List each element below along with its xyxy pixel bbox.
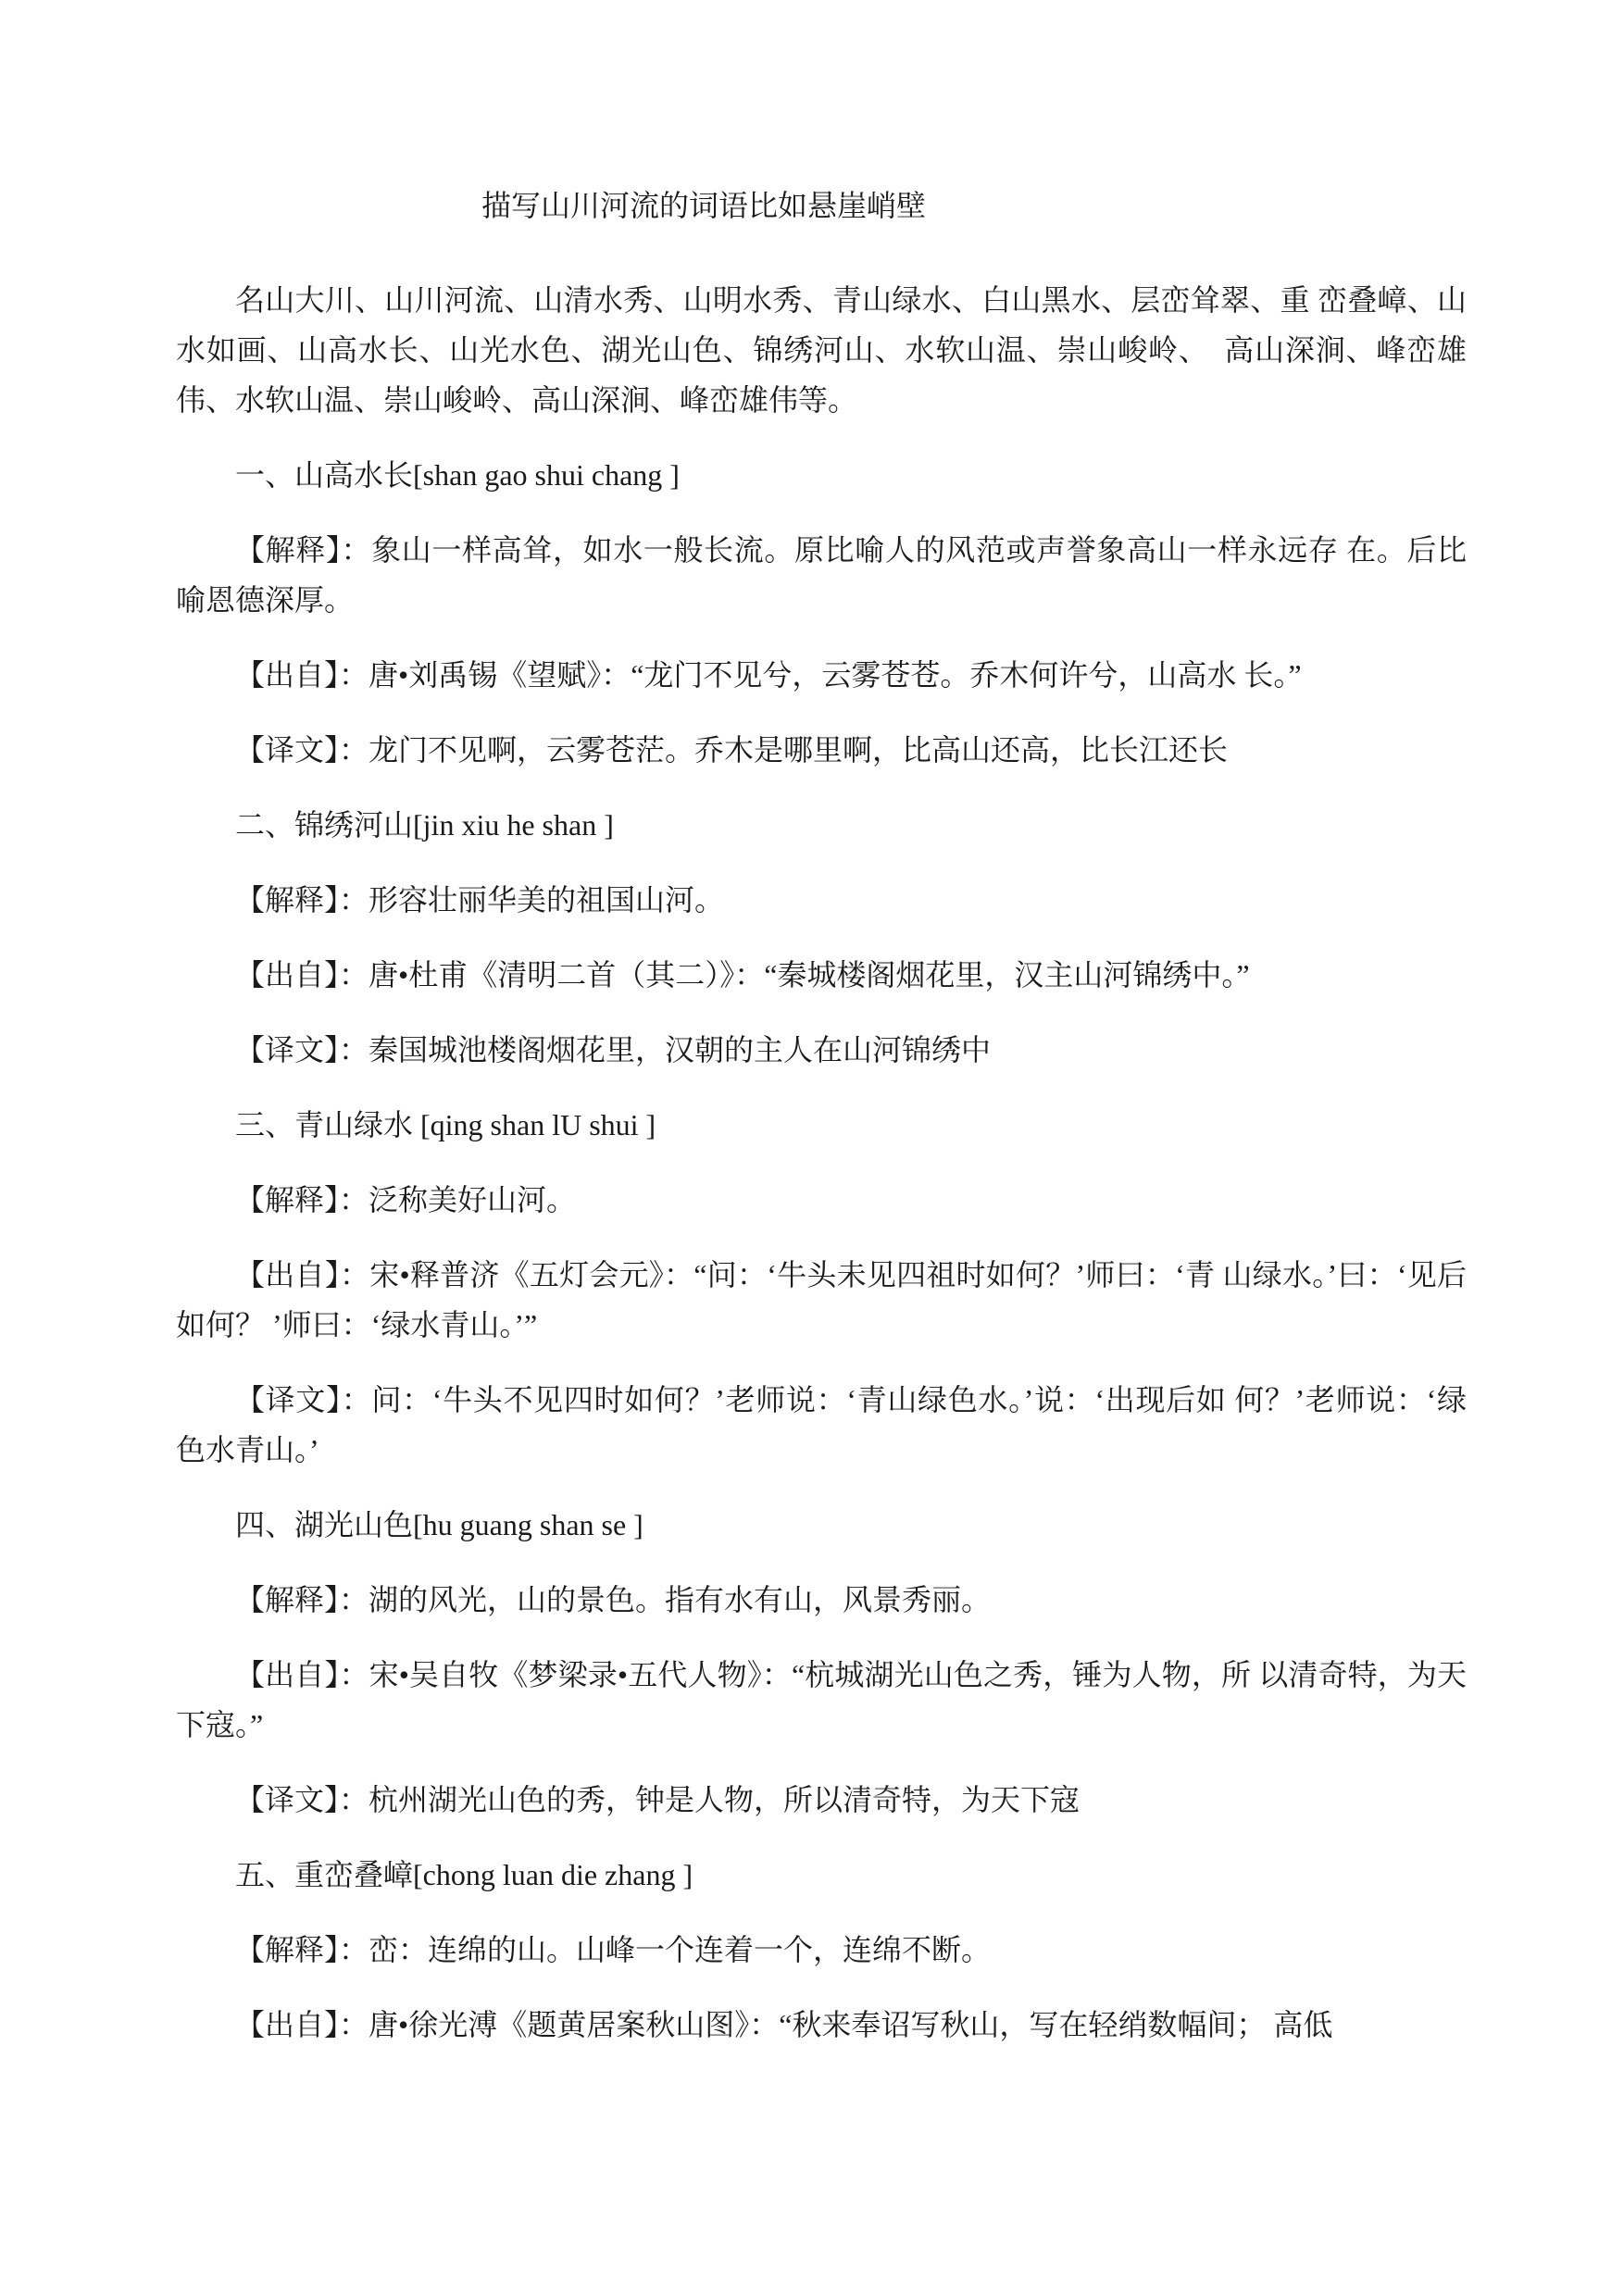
section-4: 四、湖光山色[hu guang shan se ] 【解释】：湖的风光，山的景色… bbox=[176, 1500, 1467, 1825]
section-heading: 一、山高水长[shan gao shui chang ] bbox=[176, 450, 1467, 500]
document-page: 描写山川河流的词语比如悬崖峭壁 名山大川、山川河流、山清水秀、山明水秀、青山绿水… bbox=[0, 0, 1624, 2295]
source-paragraph: 【出自】：唐•刘禹锡《望赋》：“龙门不见兮，云雾苍苍。乔木何许兮，山高水 长。” bbox=[176, 650, 1467, 700]
explanation-paragraph: 【解释】：象山一样高耸，如水一般长流。原比喻人的风范或声誉象高山一样永远存 在。… bbox=[176, 525, 1467, 625]
source-paragraph: 【出自】：宋•释普济《五灯会元》：“问：‘牛头未见四祖时如何？’师曰：‘青 山绿… bbox=[176, 1250, 1467, 1350]
translation-paragraph: 【译文】：问：‘牛头不见四时如何？’老师说：‘青山绿色水。’说：‘出现后如 何？… bbox=[176, 1375, 1467, 1475]
intro-paragraph: 名山大川、山川河流、山清水秀、山明水秀、青山绿水、白山黑水、层峦耸翠、重 峦叠嶂… bbox=[176, 275, 1467, 425]
source-paragraph: 【出自】：唐•杜甫《清明二首（其二）》：“秦城楼阁烟花里，汉主山河锦绣中。” bbox=[176, 950, 1467, 1000]
section-heading: 四、湖光山色[hu guang shan se ] bbox=[176, 1500, 1467, 1550]
document-title: 描写山川河流的词语比如悬崖峭壁 bbox=[481, 181, 1467, 231]
section-5: 五、重峦叠嶂[chong luan die zhang ] 【解释】：峦：连绵的… bbox=[176, 1850, 1467, 2050]
section-1: 一、山高水长[shan gao shui chang ] 【解释】：象山一样高耸… bbox=[176, 450, 1467, 775]
translation-paragraph: 【译文】：龙门不见啊，云雾苍茫。乔木是哪里啊，比高山还高，比长江还长 bbox=[176, 725, 1467, 775]
source-paragraph: 【出自】：宋•吴自牧《梦梁录•五代人物》：“杭城湖光山色之秀，锤为人物，所 以清… bbox=[176, 1650, 1467, 1750]
explanation-paragraph: 【解释】：湖的风光，山的景色。指有水有山，风景秀丽。 bbox=[176, 1575, 1467, 1625]
explanation-paragraph: 【解释】：形容壮丽华美的祖国山河。 bbox=[176, 875, 1467, 925]
explanation-paragraph: 【解释】：峦：连绵的山。山峰一个连着一个，连绵不断。 bbox=[176, 1925, 1467, 1975]
translation-paragraph: 【译文】：杭州湖光山色的秀，钟是人物，所以清奇特，为天下寇 bbox=[176, 1775, 1467, 1825]
section-heading: 五、重峦叠嶂[chong luan die zhang ] bbox=[176, 1850, 1467, 1900]
source-paragraph: 【出自】：唐•徐光溥《题黄居案秋山图》：“秋来奉诏写秋山，写在轻绡数幅间； 高低 bbox=[176, 2000, 1467, 2050]
explanation-paragraph: 【解释】：泛称美好山河。 bbox=[176, 1175, 1467, 1225]
section-heading: 二、锦绣河山[jin xiu he shan ] bbox=[176, 800, 1467, 850]
section-heading: 三、青山绿水 [qing shan lU shui ] bbox=[176, 1100, 1467, 1150]
section-3: 三、青山绿水 [qing shan lU shui ] 【解释】：泛称美好山河。… bbox=[176, 1100, 1467, 1475]
translation-paragraph: 【译文】：秦国城池楼阁烟花里，汉朝的主人在山河锦绣中 bbox=[176, 1025, 1467, 1075]
section-2: 二、锦绣河山[jin xiu he shan ] 【解释】：形容壮丽华美的祖国山… bbox=[176, 800, 1467, 1075]
